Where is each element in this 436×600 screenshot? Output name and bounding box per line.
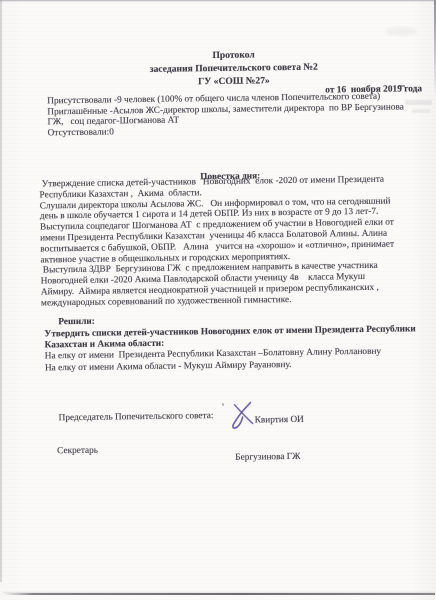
scan-smudge	[385, 27, 417, 36]
scan-edge-left	[0, 0, 2, 582]
secretary-name: Бергузинова ГЖ	[235, 452, 300, 464]
resolution-heading: Решили:	[58, 317, 95, 328]
ink-bleed-artifact	[405, 100, 432, 105]
scan-artifact	[399, 85, 405, 87]
chairman-label: Председатель Попечительского совета:	[59, 411, 214, 424]
chairman-name: Квиртия ОИ	[255, 415, 304, 426]
document-page: Протокол заседания Попечительского совет…	[0, 0, 436, 600]
scan-edge-top	[0, 0, 436, 2]
resolution-block: Утвердить списки детей-участников Нового…	[44, 324, 416, 374]
agenda-block: Утверждение списка детей-участников Ново…	[39, 175, 395, 309]
ink-bleed-artifact	[412, 109, 430, 113]
secretary-label: Секретарь	[57, 446, 98, 457]
scan-edge-bottom	[3, 593, 435, 595]
scan-speck	[222, 403, 224, 406]
document-scan: Протокол заседания Попечительского совет…	[0, 0, 436, 600]
attendance-block: Присутствовали -9 человек (100% от общег…	[47, 91, 404, 139]
